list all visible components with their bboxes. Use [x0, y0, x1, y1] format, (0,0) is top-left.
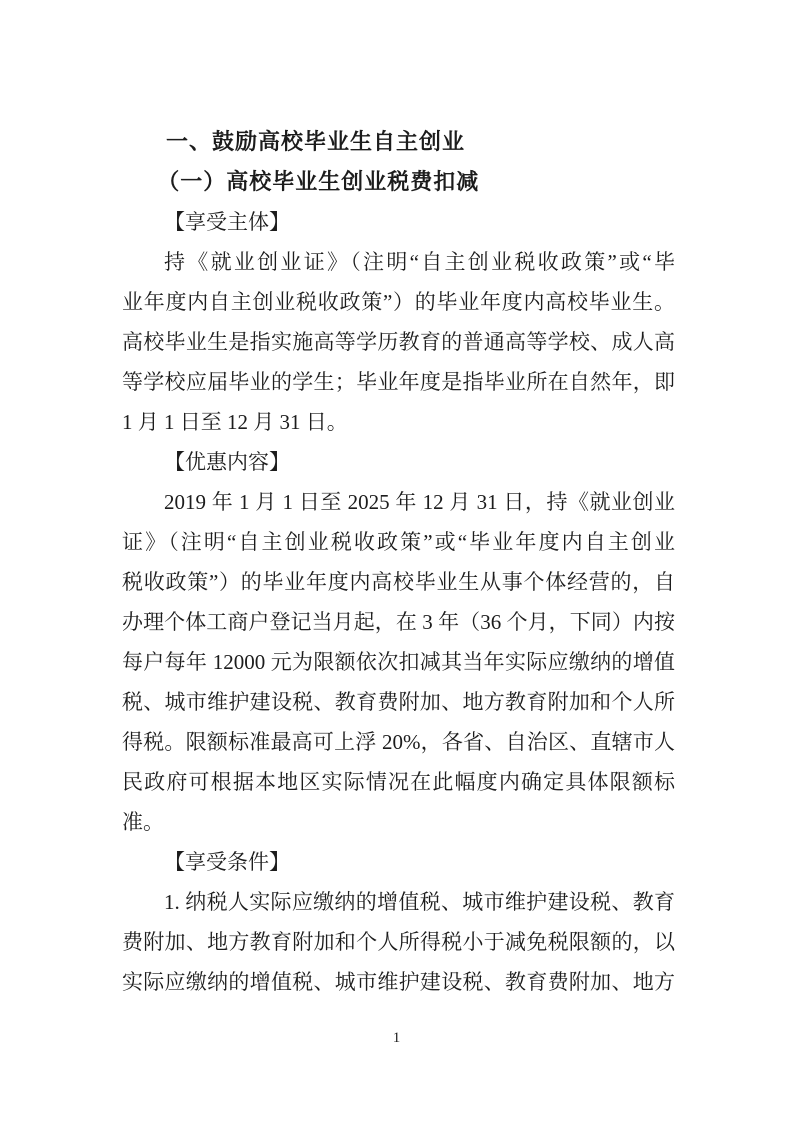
- body-line: 准。: [122, 802, 675, 842]
- body-line: 实际应缴纳的增值税、城市维护建设税、教育费附加、地方: [122, 962, 675, 1002]
- body-line: 得税。限额标准最高可上浮 20%，各省、自治区、直辖市人: [122, 722, 675, 762]
- document-page: 一、鼓励高校毕业生自主创业 （一）高校毕业生创业税费扣减 【享受主体】 持《就业…: [0, 0, 793, 1122]
- body-line: 等学校应届毕业的学生；毕业年度是指毕业所在自然年，即: [122, 362, 675, 402]
- section-label-preferential-content: 【优惠内容】: [122, 442, 675, 482]
- body-line: 每户每年 12000 元为限额依次扣减其当年实际应缴纳的增值: [122, 642, 675, 682]
- body-line: 持《就业创业证》（注明“自主创业税收政策”或“毕: [122, 242, 675, 282]
- body-line: 2019 年 1 月 1 日至 2025 年 12 月 31 日，持《就业创业: [122, 482, 675, 522]
- doc-heading-2: （一）高校毕业生创业税费扣减: [122, 162, 675, 202]
- section-label-eligible-subject: 【享受主体】: [122, 202, 675, 242]
- body-line: 办理个体工商户登记当月起，在 3 年（36 个月，下同）内按: [122, 602, 675, 642]
- doc-heading-1: 一、鼓励高校毕业生自主创业: [122, 122, 675, 162]
- body-line: 1. 纳税人实际应缴纳的增值税、城市维护建设税、教育: [122, 882, 675, 922]
- body-line: 税收政策”）的毕业年度内高校毕业生从事个体经营的，自: [122, 562, 675, 602]
- document-body: 一、鼓励高校毕业生自主创业 （一）高校毕业生创业税费扣减 【享受主体】 持《就业…: [122, 122, 675, 1002]
- body-line: 民政府可根据本地区实际情况在此幅度内确定具体限额标: [122, 762, 675, 802]
- body-line: 费附加、地方教育附加和个人所得税小于减免税限额的，以: [122, 922, 675, 962]
- body-line: 1 月 1 日至 12 月 31 日。: [122, 402, 675, 442]
- body-line: 业年度内自主创业税收政策”）的毕业年度内高校毕业生。: [122, 282, 675, 322]
- page-number: 1: [0, 1030, 793, 1047]
- body-line: 高校毕业生是指实施高等学历教育的普通高等学校、成人高: [122, 322, 675, 362]
- body-line: 证》（注明“自主创业税收政策”或“毕业年度内自主创业: [122, 522, 675, 562]
- body-line: 税、城市维护建设税、教育费附加、地方教育附加和个人所: [122, 682, 675, 722]
- section-label-eligible-conditions: 【享受条件】: [122, 842, 675, 882]
